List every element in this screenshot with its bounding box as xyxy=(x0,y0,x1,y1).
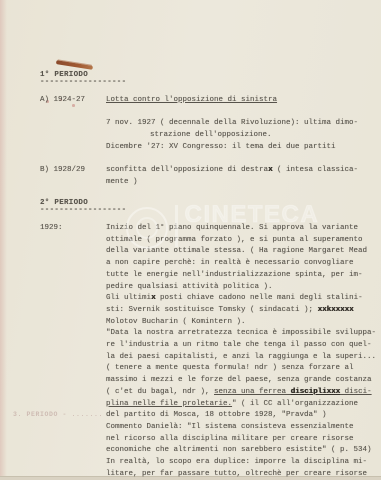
text-line: massimo i mezzi e le forze del paese, se… xyxy=(40,375,377,387)
text-line: sti: Svernik sostituisce Tomsky ( sindac… xyxy=(40,305,377,317)
entry-row: A) 1924-27Lotta contro l'opposizione di … xyxy=(40,95,377,107)
text-line: "Data la nostra arretratezza tecnica è i… xyxy=(40,328,377,340)
entry-row: 1929:Inizio del 1° piano quinquennale. S… xyxy=(40,223,377,235)
text-segment: della variante ottimale stessa. ( Ha rag… xyxy=(106,247,367,255)
text-line: Gli ultimix posti chiave cadono nelle ma… xyxy=(40,293,377,305)
text-segment: sconfitta dell'opposizione di destra xyxy=(106,166,268,174)
text-segment: 7 nov. 1927 ( decennale della Rivoluzion… xyxy=(106,119,358,127)
underlined-text: disci- xyxy=(340,388,372,396)
typewritten-text-block: 1° PERIODO------------------A) 1924-27Lo… xyxy=(0,0,381,480)
text-line: economiche che altrimenti non sarebbero … xyxy=(40,445,377,457)
text-segment: massimo i mezzi e le forze del paese, se… xyxy=(106,376,372,384)
entry-label: 1929: xyxy=(40,223,106,235)
text-segment: nel ricorso alla disciplina militare per… xyxy=(106,435,354,443)
text-segment: mente ) xyxy=(106,178,138,186)
text-segment: ( intesa classica- xyxy=(273,166,359,174)
text-segment: litare, per far passare tutto, oltrechè … xyxy=(106,470,367,478)
text-segment: posti chiave cadono nelle mani degli sta… xyxy=(156,294,363,302)
text-line: ( tenere a mente questa formula! ndr ) s… xyxy=(40,363,377,375)
text-line: Commento Danielà: "Il sistema consisteva… xyxy=(40,422,377,434)
underlined-text: Lotta contro l'opposizione di sinistra xyxy=(106,96,277,104)
text-line: Inizio del 1° piano quinquennale. Si app… xyxy=(106,223,358,235)
overstruck-text: disciplixxx xyxy=(291,388,341,396)
section-heading: 1° PERIODO------------------ xyxy=(40,70,377,85)
blank-line xyxy=(40,188,377,194)
text-segment: "Data la nostra arretratezza tecnica è i… xyxy=(106,329,376,337)
text-segment: a non capire perchè: in realtà è necessa… xyxy=(106,259,354,267)
entry-row: B) 1928/29sconfitta dell'opposizione di … xyxy=(40,165,377,177)
text-segment: la dei paesi capitalisti, e anzi la ragg… xyxy=(106,353,376,361)
text-segment: Dicembre '27: XV Congresso: il tema dei … xyxy=(106,143,336,151)
text-line: strazione dell'opposizione. xyxy=(40,130,377,142)
text-line: la dei paesi capitalisti, e anzi la ragg… xyxy=(40,352,377,364)
heading-underline-dashes: ------------------ xyxy=(40,208,377,213)
overstruck-text: xxkxxxxx xyxy=(318,306,354,314)
text-line: re l'industria a un ritmo tale che tenga… xyxy=(40,340,377,352)
text-segment: re l'industria a un ritmo tale che tenga… xyxy=(106,341,372,349)
text-line: tutte le energie nell'industrializzazion… xyxy=(40,270,377,282)
text-segment: economiche che altrimenti non sarebbero … xyxy=(106,446,372,454)
text-line: ottimale ( programma forzato ), e si pun… xyxy=(40,235,377,247)
text-line: 7 nov. 1927 ( decennale della Rivoluzion… xyxy=(40,118,377,130)
entry-label: B) 1928/29 xyxy=(40,165,106,177)
underlined-text: senza una ferrea xyxy=(214,388,291,396)
blank-line xyxy=(40,153,377,165)
text-line: Lotta contro l'opposizione di sinistra xyxy=(106,95,277,107)
text-segment: Molotov Bucharin ( Komintern ). xyxy=(106,318,246,326)
text-segment: In realtà, lo scopo era duplice: imporre… xyxy=(106,458,367,466)
text-line: Molotov Bucharin ( Komintern ). xyxy=(40,317,377,329)
underlined-text: plina nelle file proletarie. xyxy=(106,400,232,408)
text-segment: sti: Svernik sostituisce Tomsky ( sindac… xyxy=(106,306,318,314)
text-segment: pedire qualsiasi attività politica ). xyxy=(106,283,273,291)
text-line: litare, per far passare tutto, oltrechè … xyxy=(40,469,377,480)
text-line: plina nelle file proletarie." ( il CC al… xyxy=(40,399,377,411)
text-line: sconfitta dell'opposizione di destrax ( … xyxy=(106,165,358,177)
text-segment: ottimale ( programma forzato ), e si pun… xyxy=(106,236,363,244)
section-heading: 2° PERIODO------------------ xyxy=(40,198,377,213)
heading-underline-dashes: ------------------ xyxy=(40,80,377,85)
text-segment: ( c'et du bagal, ndr ), xyxy=(106,388,214,396)
text-line: pedire qualsiasi attività politica ). xyxy=(40,282,377,294)
text-line: In realtà, lo scopo era duplice: imporre… xyxy=(40,457,377,469)
entry-label: A) 1924-27 xyxy=(40,95,106,107)
text-segment: Inizio del 1° piano quinquennale. Si app… xyxy=(106,224,358,232)
text-line: nel ricorso alla disciplina militare per… xyxy=(40,434,377,446)
blank-line xyxy=(40,106,377,118)
text-line: a non capire perchè: in realtà è necessa… xyxy=(40,258,377,270)
text-line: mente ) xyxy=(40,177,377,189)
scanned-document: { "colors": { "paper": "#ebe7db", "ink":… xyxy=(0,0,381,480)
text-line: della variante ottimale stessa. ( Ha rag… xyxy=(40,246,377,258)
text-line: ( c'et du bagal, ndr ), senza una ferrea… xyxy=(40,387,377,399)
text-segment: ( tenere a mente questa formula! ndr ) s… xyxy=(106,364,354,372)
text-segment: tutte le energie nell'industrializzazion… xyxy=(106,271,363,279)
text-segment: " ( il CC all'organizzazione xyxy=(232,400,358,408)
text-line: Dicembre '27: XV Congresso: il tema dei … xyxy=(40,142,377,154)
text-segment: Gli ultimi xyxy=(106,294,151,302)
text-segment: del partito di Mosca, 18 ottobre 1928, "… xyxy=(106,411,327,419)
text-segment: strazione dell'opposizione. xyxy=(150,131,272,139)
text-segment: Commento Danielà: "Il sistema consisteva… xyxy=(106,423,354,431)
bleedthrough-text: 3. PERIODO - ....... xyxy=(13,411,103,418)
